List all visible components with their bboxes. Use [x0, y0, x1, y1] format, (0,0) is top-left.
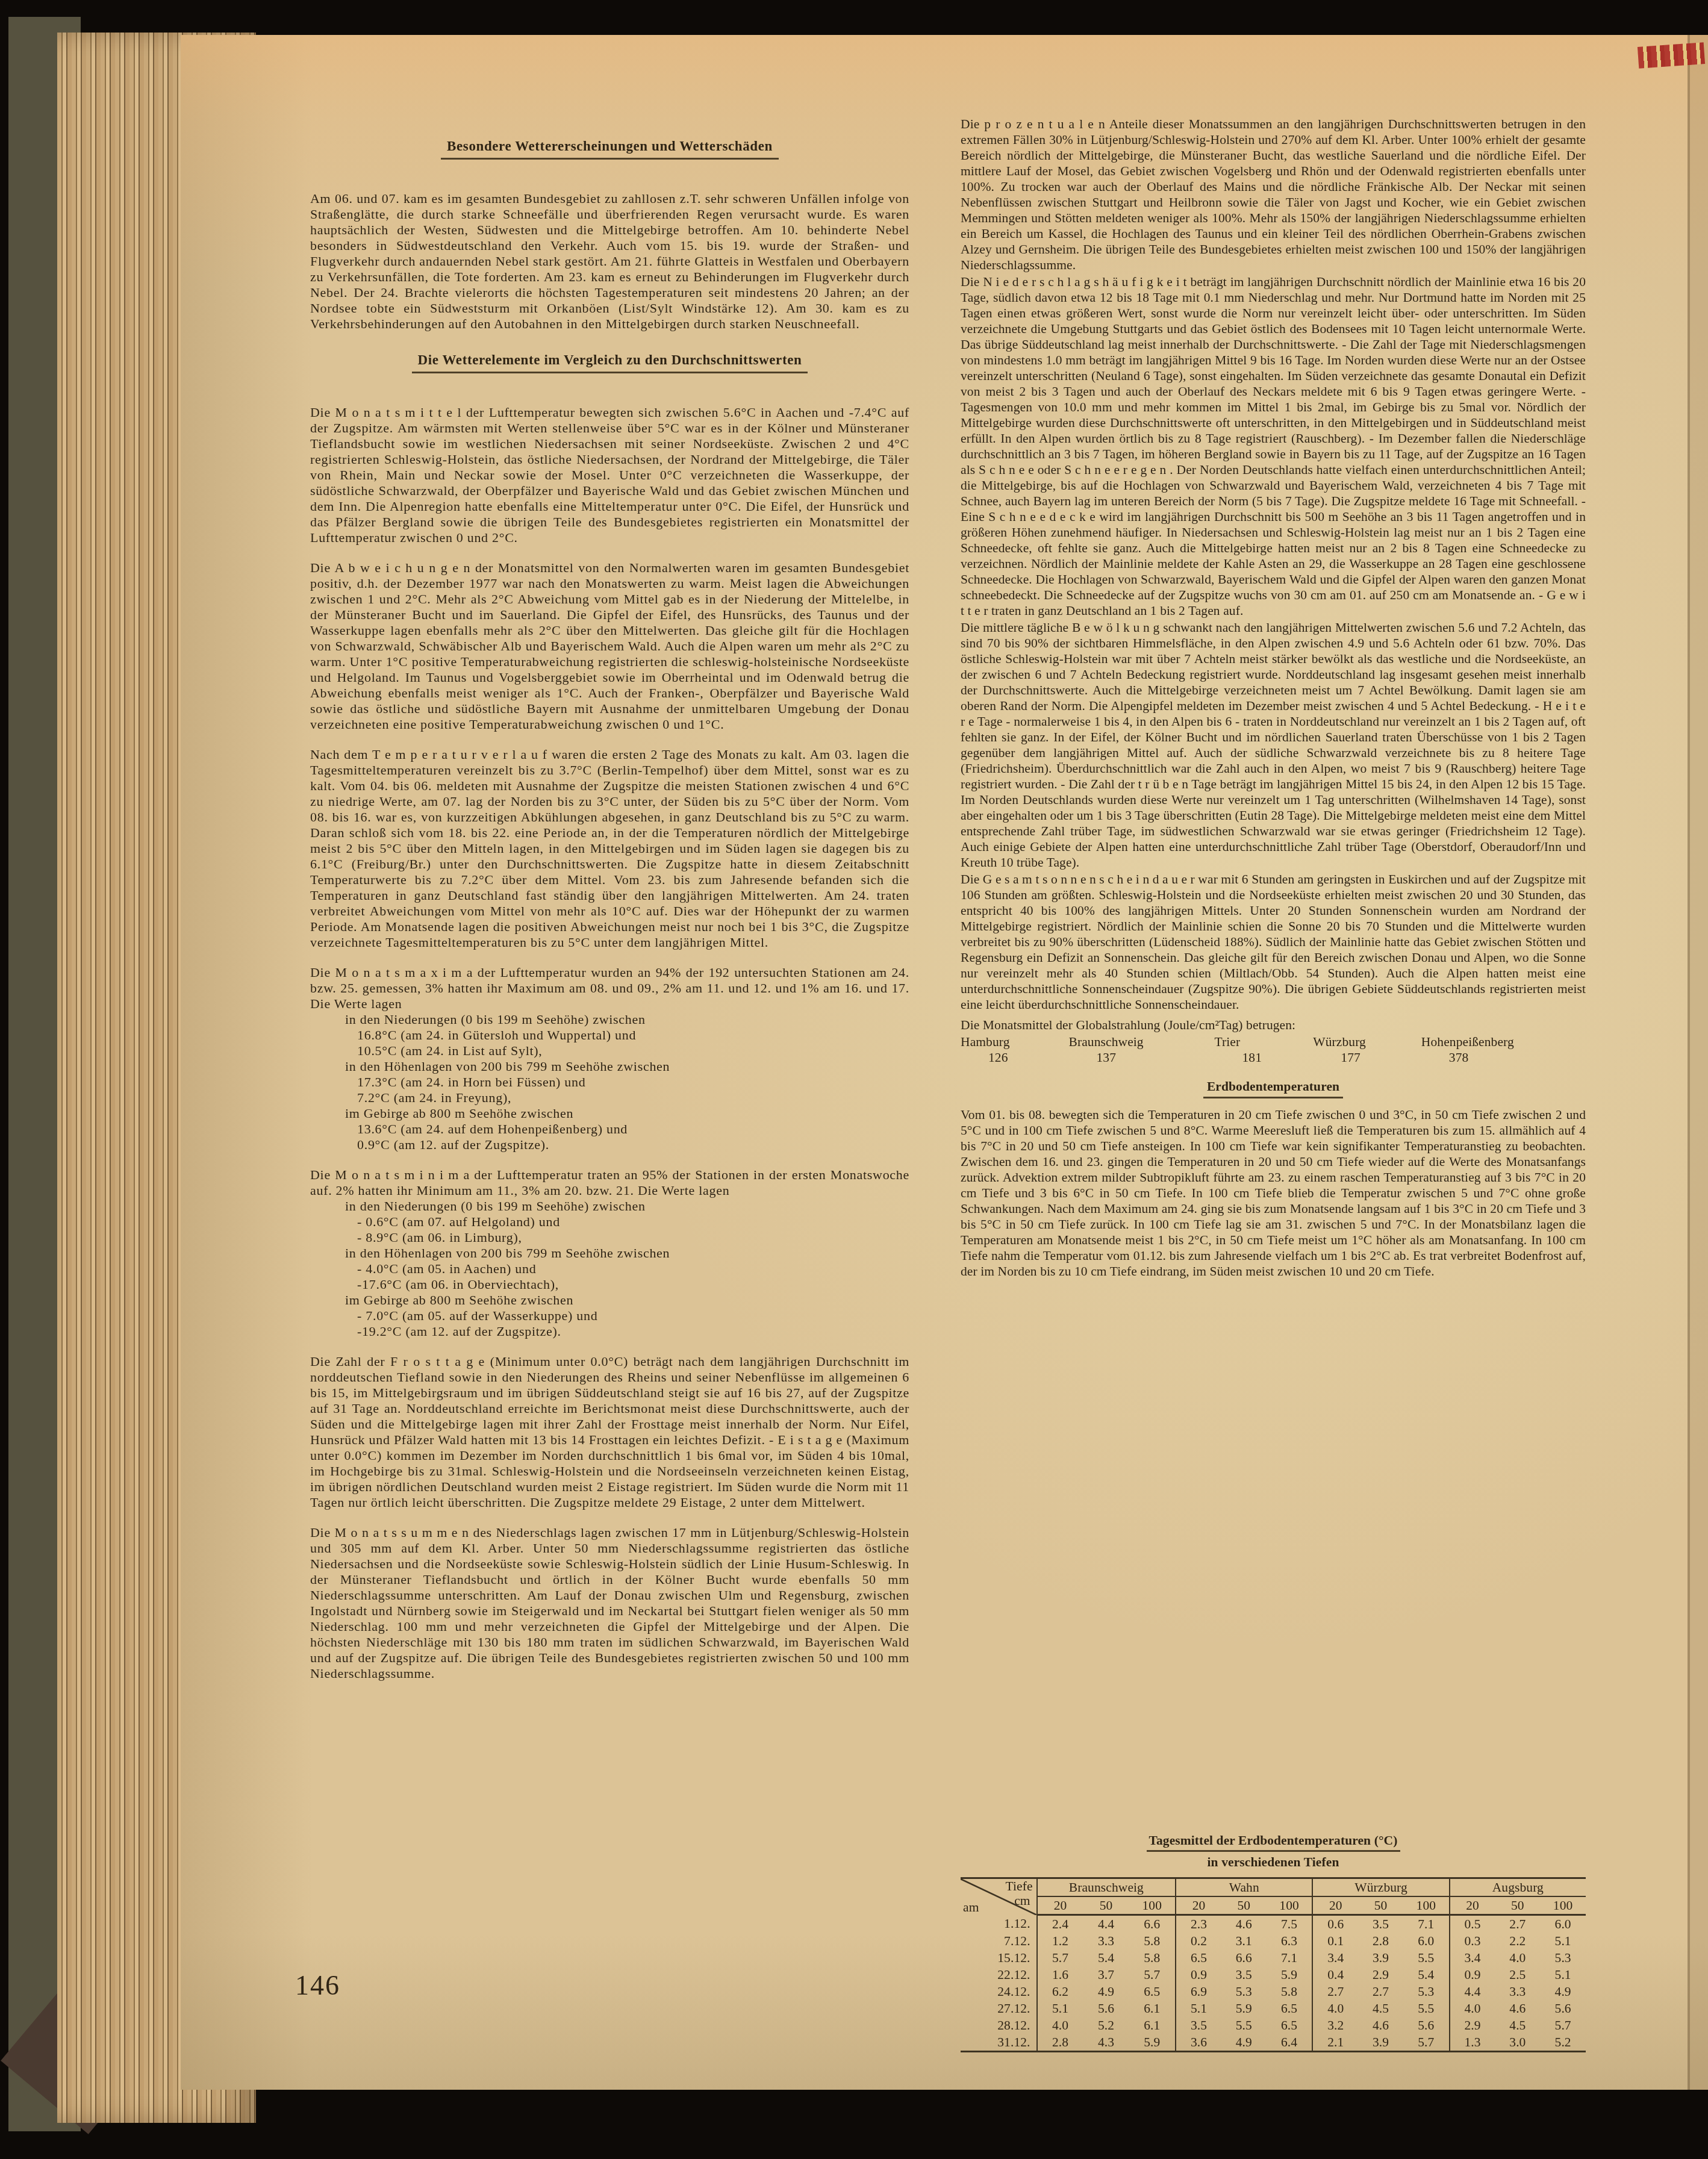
value-cell: 5.3 [1403, 1983, 1450, 2000]
radiation-value: 126 [961, 1050, 1069, 1065]
value-cell: 0.2 [1176, 1933, 1221, 1949]
table-row: 22.12.1.63.75.70.93.55.90.42.95.40.92.55… [961, 1966, 1586, 1983]
value-cell: 4.0 [1037, 2017, 1083, 2034]
paragraph: Die mittlere tägliche B e w ö l k u n g … [961, 620, 1586, 870]
value-cell: 4.0 [1495, 1949, 1540, 1966]
date-cell: 15.12. [961, 1949, 1037, 1966]
paragraph: Am 06. und 07. kam es im gesamten Bundes… [310, 191, 909, 332]
value-cell: 5.4 [1083, 1949, 1129, 1966]
value-cell: 6.0 [1403, 1933, 1450, 1949]
paragraph: Die A b w e i c h u n g e n der Monatsmi… [310, 560, 909, 732]
value-cell: 3.6 [1176, 2034, 1221, 2052]
depth-header: 100 [1540, 1896, 1586, 1915]
radiation-value: 378 [1421, 1050, 1586, 1065]
value-cell: 5.5 [1403, 1949, 1450, 1966]
value-cell: 5.4 [1403, 1966, 1450, 1983]
value-cell: 2.9 [1358, 1966, 1403, 1983]
value-cell: 5.6 [1083, 2000, 1129, 2017]
value-cell: 5.7 [1403, 2034, 1450, 2052]
value-cell: 5.3 [1221, 1983, 1267, 2000]
date-cell: 1.12. [961, 1915, 1037, 1933]
soil-table-head: TiefecmamBraunschweigWahnWürzburgAugsbur… [961, 1878, 1586, 1915]
list-line: - 7.0°C (am 05. auf der Wasserkuppe) und [310, 1308, 909, 1324]
value-cell: 6.3 [1267, 1933, 1313, 1949]
value-cell: 3.4 [1450, 1949, 1495, 1966]
paragraph: Die N i e d e r s c h l a g s h ä u f i … [961, 274, 1586, 618]
value-cell: 6.5 [1129, 1983, 1176, 2000]
corner-label-cm: cm [1014, 1893, 1030, 1908]
soil-table-body: 1.12.2.44.46.62.34.67.50.63.57.10.52.76.… [961, 1915, 1586, 2052]
list-line: in den Höhenlagen von 200 bis 799 m Seeh… [310, 1059, 909, 1074]
station-header: Wahn [1176, 1878, 1312, 1897]
corner-label-tiefe: Tiefe [1006, 1879, 1033, 1893]
value-cell: 4.5 [1495, 2017, 1540, 2034]
radiation-station-name: Hamburg [961, 1034, 1069, 1050]
value-cell: 6.4 [1267, 2034, 1313, 2052]
value-cell: 4.6 [1221, 1915, 1267, 1933]
depth-header: 20 [1037, 1896, 1083, 1915]
soil-section-heading: Erdbodentemperaturen [1203, 1079, 1343, 1098]
depth-header-row: 2050100205010020501002050100 [961, 1896, 1586, 1915]
list-line: 7.2°C (am 24. in Freyung), [310, 1090, 909, 1106]
value-cell: 5.8 [1129, 1949, 1176, 1966]
radiation-block: Die Monatsmittel der Globalstrahlung (Jo… [961, 1017, 1586, 1065]
value-cell: 4.0 [1450, 2000, 1495, 2017]
table-row: 31.12.2.84.35.93.64.96.42.13.95.71.33.05… [961, 2034, 1586, 2052]
value-cell: 4.9 [1540, 1983, 1586, 2000]
value-cell: 0.6 [1312, 1915, 1358, 1933]
station-header: Würzburg [1312, 1878, 1449, 1897]
value-cell: 4.4 [1083, 1915, 1129, 1933]
value-cell: 6.0 [1540, 1915, 1586, 1933]
value-cell: 2.1 [1312, 2034, 1358, 2052]
value-cell: 6.1 [1129, 2017, 1176, 2034]
date-cell: 27.12. [961, 2000, 1037, 2017]
value-cell: 6.6 [1129, 1915, 1176, 1933]
soil-table-title: Tagesmittel der Erdbodentemperaturen (°C… [961, 1833, 1586, 1870]
value-cell: 3.2 [1312, 2017, 1358, 2034]
depth-header: 100 [1403, 1896, 1450, 1915]
table-row: 15.12.5.75.45.86.56.67.13.43.95.53.44.05… [961, 1949, 1586, 1966]
value-cell: 4.9 [1083, 1983, 1129, 2000]
list-line: in den Niederungen (0 bis 199 m Seehöhe)… [310, 1198, 909, 1214]
scanned-page: Besondere Wettererscheinungen und Wetter… [181, 35, 1708, 2090]
value-cell: 5.1 [1176, 2000, 1221, 2017]
radiation-station: Braunschweig137 [1069, 1034, 1215, 1065]
radiation-station: Trier181 [1214, 1034, 1313, 1065]
date-cell: 31.12. [961, 2034, 1037, 2052]
depth-header: 20 [1450, 1896, 1495, 1915]
radiation-intro: Die Monatsmittel der Globalstrahlung (Jo… [961, 1017, 1586, 1033]
value-list: Die M o n a t s m a x i m a der Lufttemp… [310, 965, 909, 1153]
value-cell: 7.5 [1267, 1915, 1313, 1933]
radiation-value: 181 [1214, 1050, 1313, 1065]
value-cell: 3.0 [1495, 2034, 1540, 2052]
table-row: 7.12.1.23.35.80.23.16.30.12.86.00.32.25.… [961, 1933, 1586, 1949]
paragraph: Die M o n a t s s u m m e n des Niedersc… [310, 1525, 909, 1681]
value-cell: 3.3 [1083, 1933, 1129, 1949]
list-line: 17.3°C (am 24. in Horn bei Füssen) und [310, 1074, 909, 1090]
list-line: 10.5°C (am 24. in List auf Sylt), [310, 1043, 909, 1059]
value-cell: 0.9 [1450, 1966, 1495, 1983]
radiation-table: Hamburg126Braunschweig137Trier181Würzbur… [961, 1034, 1586, 1065]
value-cell: 5.1 [1037, 2000, 1083, 2017]
radiation-station: Hohenpeißenberg378 [1421, 1034, 1586, 1065]
depth-header: 100 [1267, 1896, 1313, 1915]
value-cell: 2.8 [1037, 2034, 1083, 2052]
value-cell: 5.7 [1037, 1949, 1083, 1966]
station-header: Augsburg [1450, 1878, 1586, 1897]
table-row: 24.12.6.24.96.56.95.35.82.72.75.34.43.34… [961, 1983, 1586, 2000]
value-cell: 4.3 [1083, 2034, 1129, 2052]
right-text-column: Die p r o z e n t u a l e n Anteile dies… [961, 116, 1586, 2052]
value-cell: 6.6 [1221, 1949, 1267, 1966]
radiation-station-name: Würzburg [1313, 1034, 1421, 1050]
list-line: 0.9°C (am 12. auf der Zugspitze). [310, 1137, 909, 1153]
value-cell: 0.5 [1450, 1915, 1495, 1933]
paragraph: Die G e s a m t s o n n e n s c h e i n … [961, 871, 1586, 1012]
value-cell: 5.7 [1129, 1966, 1176, 1983]
bookmark-ribbon [1638, 42, 1705, 69]
soil-table-title-line2: in verschiedenen Tiefen [961, 1854, 1586, 1870]
list-line: im Gebirge ab 800 m Seehöhe zwischen [310, 1292, 909, 1308]
value-cell: 0.1 [1312, 1933, 1358, 1949]
soil-table-title-line1: Tagesmittel der Erdbodentemperaturen (°C… [1147, 1833, 1400, 1852]
value-cell: 5.2 [1083, 2017, 1129, 2034]
depth-header: 20 [1312, 1896, 1358, 1915]
date-cell: 28.12. [961, 2017, 1037, 2034]
list-line: in den Höhenlagen von 200 bis 799 m Seeh… [310, 1245, 909, 1261]
list-line: im Gebirge ab 800 m Seehöhe zwischen [310, 1106, 909, 1121]
value-cell: 7.1 [1403, 1915, 1450, 1933]
value-cell: 0.4 [1312, 1966, 1358, 1983]
value-cell: 4.6 [1495, 2000, 1540, 2017]
value-cell: 6.5 [1267, 2017, 1313, 2034]
radiation-value: 137 [1069, 1050, 1215, 1065]
value-cell: 3.9 [1358, 1949, 1403, 1966]
value-cell: 4.0 [1312, 2000, 1358, 2017]
value-cell: 2.8 [1358, 1933, 1403, 1949]
value-cell: 5.1 [1540, 1933, 1586, 1949]
value-cell: 6.1 [1129, 2000, 1176, 2017]
page-number: 146 [295, 1969, 340, 2001]
paragraph: Nach dem T e m p e r a t u r v e r l a u… [310, 747, 909, 950]
list-intro: Die M o n a t s m a x i m a der Lufttemp… [310, 965, 909, 1012]
value-cell: 1.3 [1450, 2034, 1495, 2052]
value-cell: 3.1 [1221, 1933, 1267, 1949]
value-cell: 2.5 [1495, 1966, 1540, 1983]
corner-label-am: am [963, 1899, 979, 1915]
value-cell: 4.6 [1358, 2017, 1403, 2034]
value-cell: 5.9 [1129, 2034, 1176, 2052]
radiation-station-name: Hohenpeißenberg [1421, 1034, 1586, 1050]
value-cell: 5.1 [1540, 1966, 1586, 1983]
value-cell: 2.2 [1495, 1933, 1540, 1949]
scanned-book-photo: Besondere Wettererscheinungen und Wetter… [0, 0, 1708, 2159]
value-cell: 5.2 [1540, 2034, 1586, 2052]
table-row: 27.12.5.15.66.15.15.96.54.04.55.54.04.65… [961, 2000, 1586, 2017]
date-cell: 7.12. [961, 1933, 1037, 1949]
depth-header: 50 [1221, 1896, 1267, 1915]
depth-header: 50 [1358, 1896, 1403, 1915]
section-heading: Besondere Wettererscheinungen und Wetter… [441, 139, 779, 160]
column-spacer [961, 1280, 1586, 1833]
value-cell: 6.9 [1176, 1983, 1221, 2000]
value-cell: 4.9 [1221, 2034, 1267, 2052]
soil-temperature-table: TiefecmamBraunschweigWahnWürzburgAugsbur… [961, 1877, 1586, 2052]
radiation-station-name: Braunschweig [1069, 1034, 1215, 1050]
radiation-station: Hamburg126 [961, 1034, 1069, 1065]
value-cell: 5.7 [1540, 2017, 1586, 2034]
date-cell: 22.12. [961, 1966, 1037, 1983]
list-line: 16.8°C (am 24. in Gütersloh und Wupperta… [310, 1027, 909, 1043]
value-cell: 5.9 [1221, 2000, 1267, 2017]
value-cell: 5.3 [1540, 1949, 1586, 1966]
depth-header: 20 [1176, 1896, 1221, 1915]
list-line: -19.2°C (am 12. auf der Zugspitze). [310, 1324, 909, 1339]
paragraph: Die Zahl der F r o s t t a g e (Minimum … [310, 1354, 909, 1510]
value-cell: 5.6 [1540, 2000, 1586, 2017]
value-cell: 2.3 [1176, 1915, 1221, 1933]
depth-header: 50 [1495, 1896, 1540, 1915]
value-cell: 5.8 [1267, 1983, 1313, 2000]
value-cell: 2.4 [1037, 1915, 1083, 1933]
value-cell: 0.9 [1176, 1966, 1221, 1983]
value-cell: 6.5 [1176, 1949, 1221, 1966]
value-cell: 3.7 [1083, 1966, 1129, 1983]
table-row: 1.12.2.44.46.62.34.67.50.63.57.10.52.76.… [961, 1915, 1586, 1933]
list-line: -17.6°C (am 06. in Oberviechtach), [310, 1277, 909, 1292]
value-cell: 6.5 [1267, 2000, 1313, 2017]
value-cell: 3.5 [1358, 1915, 1403, 1933]
value-cell: 2.7 [1312, 1983, 1358, 2000]
list-line: 13.6°C (am 24. auf dem Hohenpeißenberg) … [310, 1121, 909, 1137]
date-cell: 24.12. [961, 1983, 1037, 2000]
list-line: in den Niederungen (0 bis 199 m Seehöhe)… [310, 1012, 909, 1027]
table-row: 28.12.4.05.26.13.55.56.53.24.65.62.94.55… [961, 2017, 1586, 2034]
table-corner-cell: Tiefecmam [961, 1878, 1037, 1915]
value-cell: 3.9 [1358, 2034, 1403, 2052]
paragraph: Die p r o z e n t u a l e n Anteile dies… [961, 116, 1586, 273]
page-fold-line [1688, 35, 1690, 2090]
list-line: - 8.9°C (am 06. in Limburg), [310, 1230, 909, 1245]
radiation-station: Würzburg177 [1313, 1034, 1421, 1065]
value-cell: 5.8 [1129, 1933, 1176, 1949]
value-cell: 7.1 [1267, 1949, 1313, 1966]
value-cell: 5.5 [1403, 2000, 1450, 2017]
value-cell: 4.4 [1450, 1983, 1495, 2000]
value-cell: 6.2 [1037, 1983, 1083, 2000]
value-cell: 3.3 [1495, 1983, 1540, 2000]
value-cell: 3.4 [1312, 1949, 1358, 1966]
value-cell: 1.2 [1037, 1933, 1083, 1949]
list-line: - 4.0°C (am 05. in Aachen) und [310, 1261, 909, 1277]
value-cell: 5.6 [1403, 2017, 1450, 2034]
value-cell: 3.5 [1176, 2017, 1221, 2034]
station-header: Braunschweig [1037, 1878, 1176, 1897]
list-intro: Die M o n a t s m i n i m a der Lufttemp… [310, 1167, 909, 1198]
paragraph: Vom 01. bis 08. bewegten sich die Temper… [961, 1107, 1586, 1279]
value-cell: 3.5 [1221, 1966, 1267, 1983]
value-cell: 5.9 [1267, 1966, 1313, 1983]
left-text-column: Besondere Wettererscheinungen und Wetter… [310, 139, 909, 1696]
value-cell: 0.3 [1450, 1933, 1495, 1949]
value-cell: 4.5 [1358, 2000, 1403, 2017]
table-header-row: TiefecmamBraunschweigWahnWürzburgAugsbur… [961, 1878, 1586, 1897]
depth-header: 50 [1083, 1896, 1129, 1915]
value-cell: 2.9 [1450, 2017, 1495, 2034]
value-list: Die M o n a t s m i n i m a der Lufttemp… [310, 1167, 909, 1339]
radiation-value: 177 [1313, 1050, 1421, 1065]
value-cell: 2.7 [1495, 1915, 1540, 1933]
radiation-station-name: Trier [1214, 1034, 1313, 1050]
paragraph: Die M o n a t s m i t t e l der Lufttemp… [310, 405, 909, 546]
section-heading: Die Wetterelemente im Vergleich zu den D… [412, 352, 808, 373]
value-cell: 5.5 [1221, 2017, 1267, 2034]
value-cell: 1.6 [1037, 1966, 1083, 1983]
depth-header: 100 [1129, 1896, 1176, 1915]
list-line: - 0.6°C (am 07. auf Helgoland) und [310, 1214, 909, 1230]
page-right-shade [1690, 35, 1708, 2090]
value-cell: 2.7 [1358, 1983, 1403, 2000]
